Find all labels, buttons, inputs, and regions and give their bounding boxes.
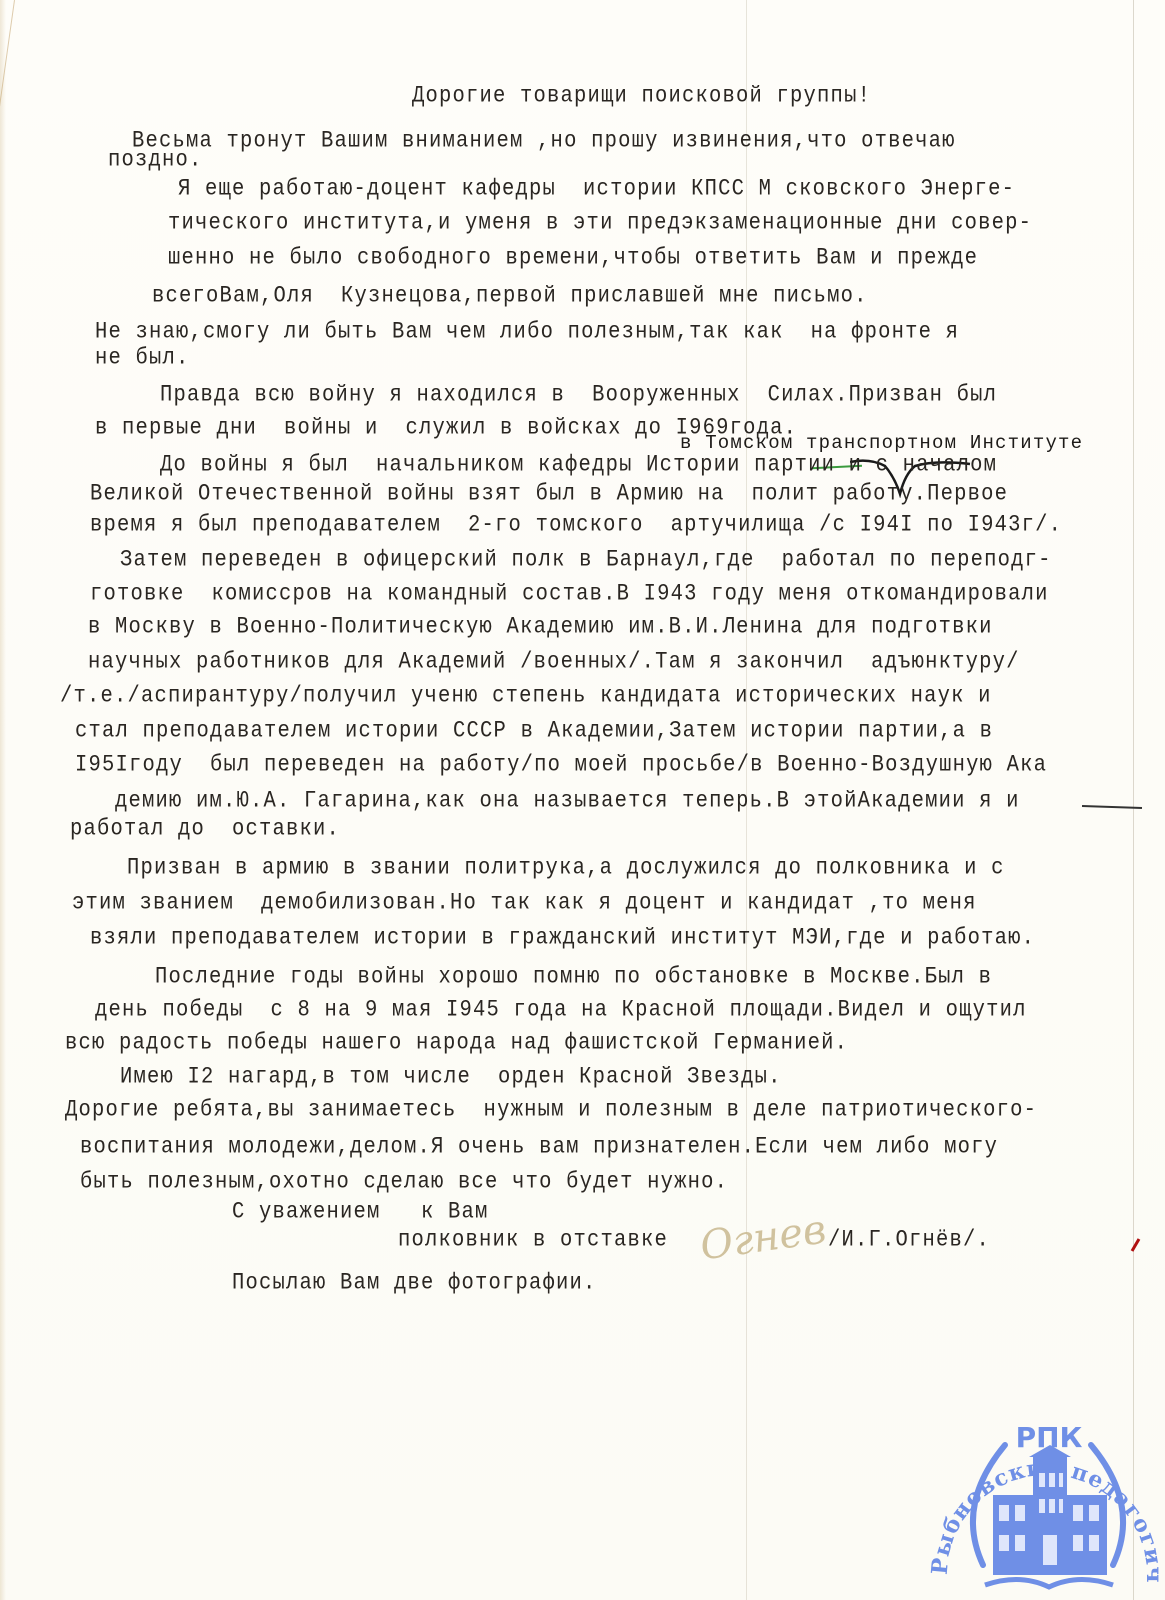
letter-closing: С уважением к Вам	[232, 1202, 489, 1225]
letter-postscript: Посылаю Вам две фотографии.	[232, 1273, 597, 1296]
open-book-icon	[985, 1579, 1113, 1587]
signature-typed-name: /И.Г.Огнёв/.	[828, 1230, 990, 1253]
letter-line: взяли преподавателем истории в гражданск…	[90, 928, 1035, 951]
college-stamp: Рыбновский педагогический колледж РПК	[925, 1375, 1165, 1600]
paper-edge-right	[1133, 0, 1134, 1600]
letter-line: Правда всю войну я находился в Вооруженн…	[160, 385, 997, 408]
letter-line: этим званием демобилизован.Но так как я …	[72, 893, 977, 916]
letter-line: поздно.	[108, 150, 203, 173]
letter-line: день победы с 8 на 9 мая I945 года на Кр…	[95, 1000, 1027, 1023]
letter-line: Весьма тронут Вашим вниманием ,но прошу …	[132, 131, 956, 154]
letter-line: в Москву в Военно-Политическую Академию …	[88, 617, 993, 640]
letter-line: Затем переведен в офицерский полк в Барн…	[120, 550, 1052, 573]
letter-line: научных работников для Академий /военных…	[88, 652, 1020, 675]
letter-line: демию им.Ю.А. Гагарина,как она называетс…	[115, 791, 1020, 814]
letter-line: I95Iгоду был переведен на работу/по моей…	[75, 755, 1047, 778]
letter-line: готовке комиссров на командный состав.В …	[90, 584, 1049, 607]
letter-greeting: Дорогие товарищи поисковой группы!	[412, 86, 871, 109]
letter-line: время я был преподавателем 2-го томского…	[90, 515, 1062, 538]
letter-line: До войны я был начальником кафедры Истор…	[160, 455, 997, 478]
handwritten-insert: в Томском транспортном Институте	[680, 432, 1083, 454]
letter-line: Великой Отечественной войны взят был в А…	[90, 484, 1008, 507]
letter-line: /т.е./аспирантуру/получил ученю степень …	[60, 686, 992, 709]
letter-line: всю радость победы нашего народа над фаш…	[65, 1033, 848, 1056]
letter-line: работал до оставки.	[70, 819, 340, 842]
letter-line: Имею I2 нагард,в том числе орден Красной…	[120, 1067, 782, 1090]
letter-line: всегоВам,Оля Кузнецова,первой приславшей…	[152, 286, 868, 309]
letter-line: быть полезным,охотно сделаю все что буде…	[80, 1172, 728, 1195]
letter-line: тического института,и уменя в эти предэк…	[168, 213, 1032, 236]
letter-line: Последние годы войны хорошо помню по обс…	[155, 967, 992, 990]
letter-line: шенно не было свободного времени,чтобы о…	[168, 248, 978, 271]
letter-line: стал преподавателем истории СССР в Акаде…	[75, 721, 993, 744]
letter-line: Я еще работаю-доцент кафедры истории КПС…	[178, 179, 1015, 202]
letter-line: Дорогие ребята,вы занимаетесь нужным и п…	[65, 1100, 1037, 1123]
letter-line: не был.	[95, 348, 190, 371]
letter-line: Не знаю,смогу ли быть Вам чем либо полез…	[95, 322, 959, 345]
letter-rank: полковник в отставке	[398, 1230, 668, 1253]
letter-line: воспитания молодежи,делом.Я очень вам пр…	[80, 1137, 998, 1160]
letter-line: Призван в армию в звании политрука,а дос…	[127, 858, 1005, 881]
